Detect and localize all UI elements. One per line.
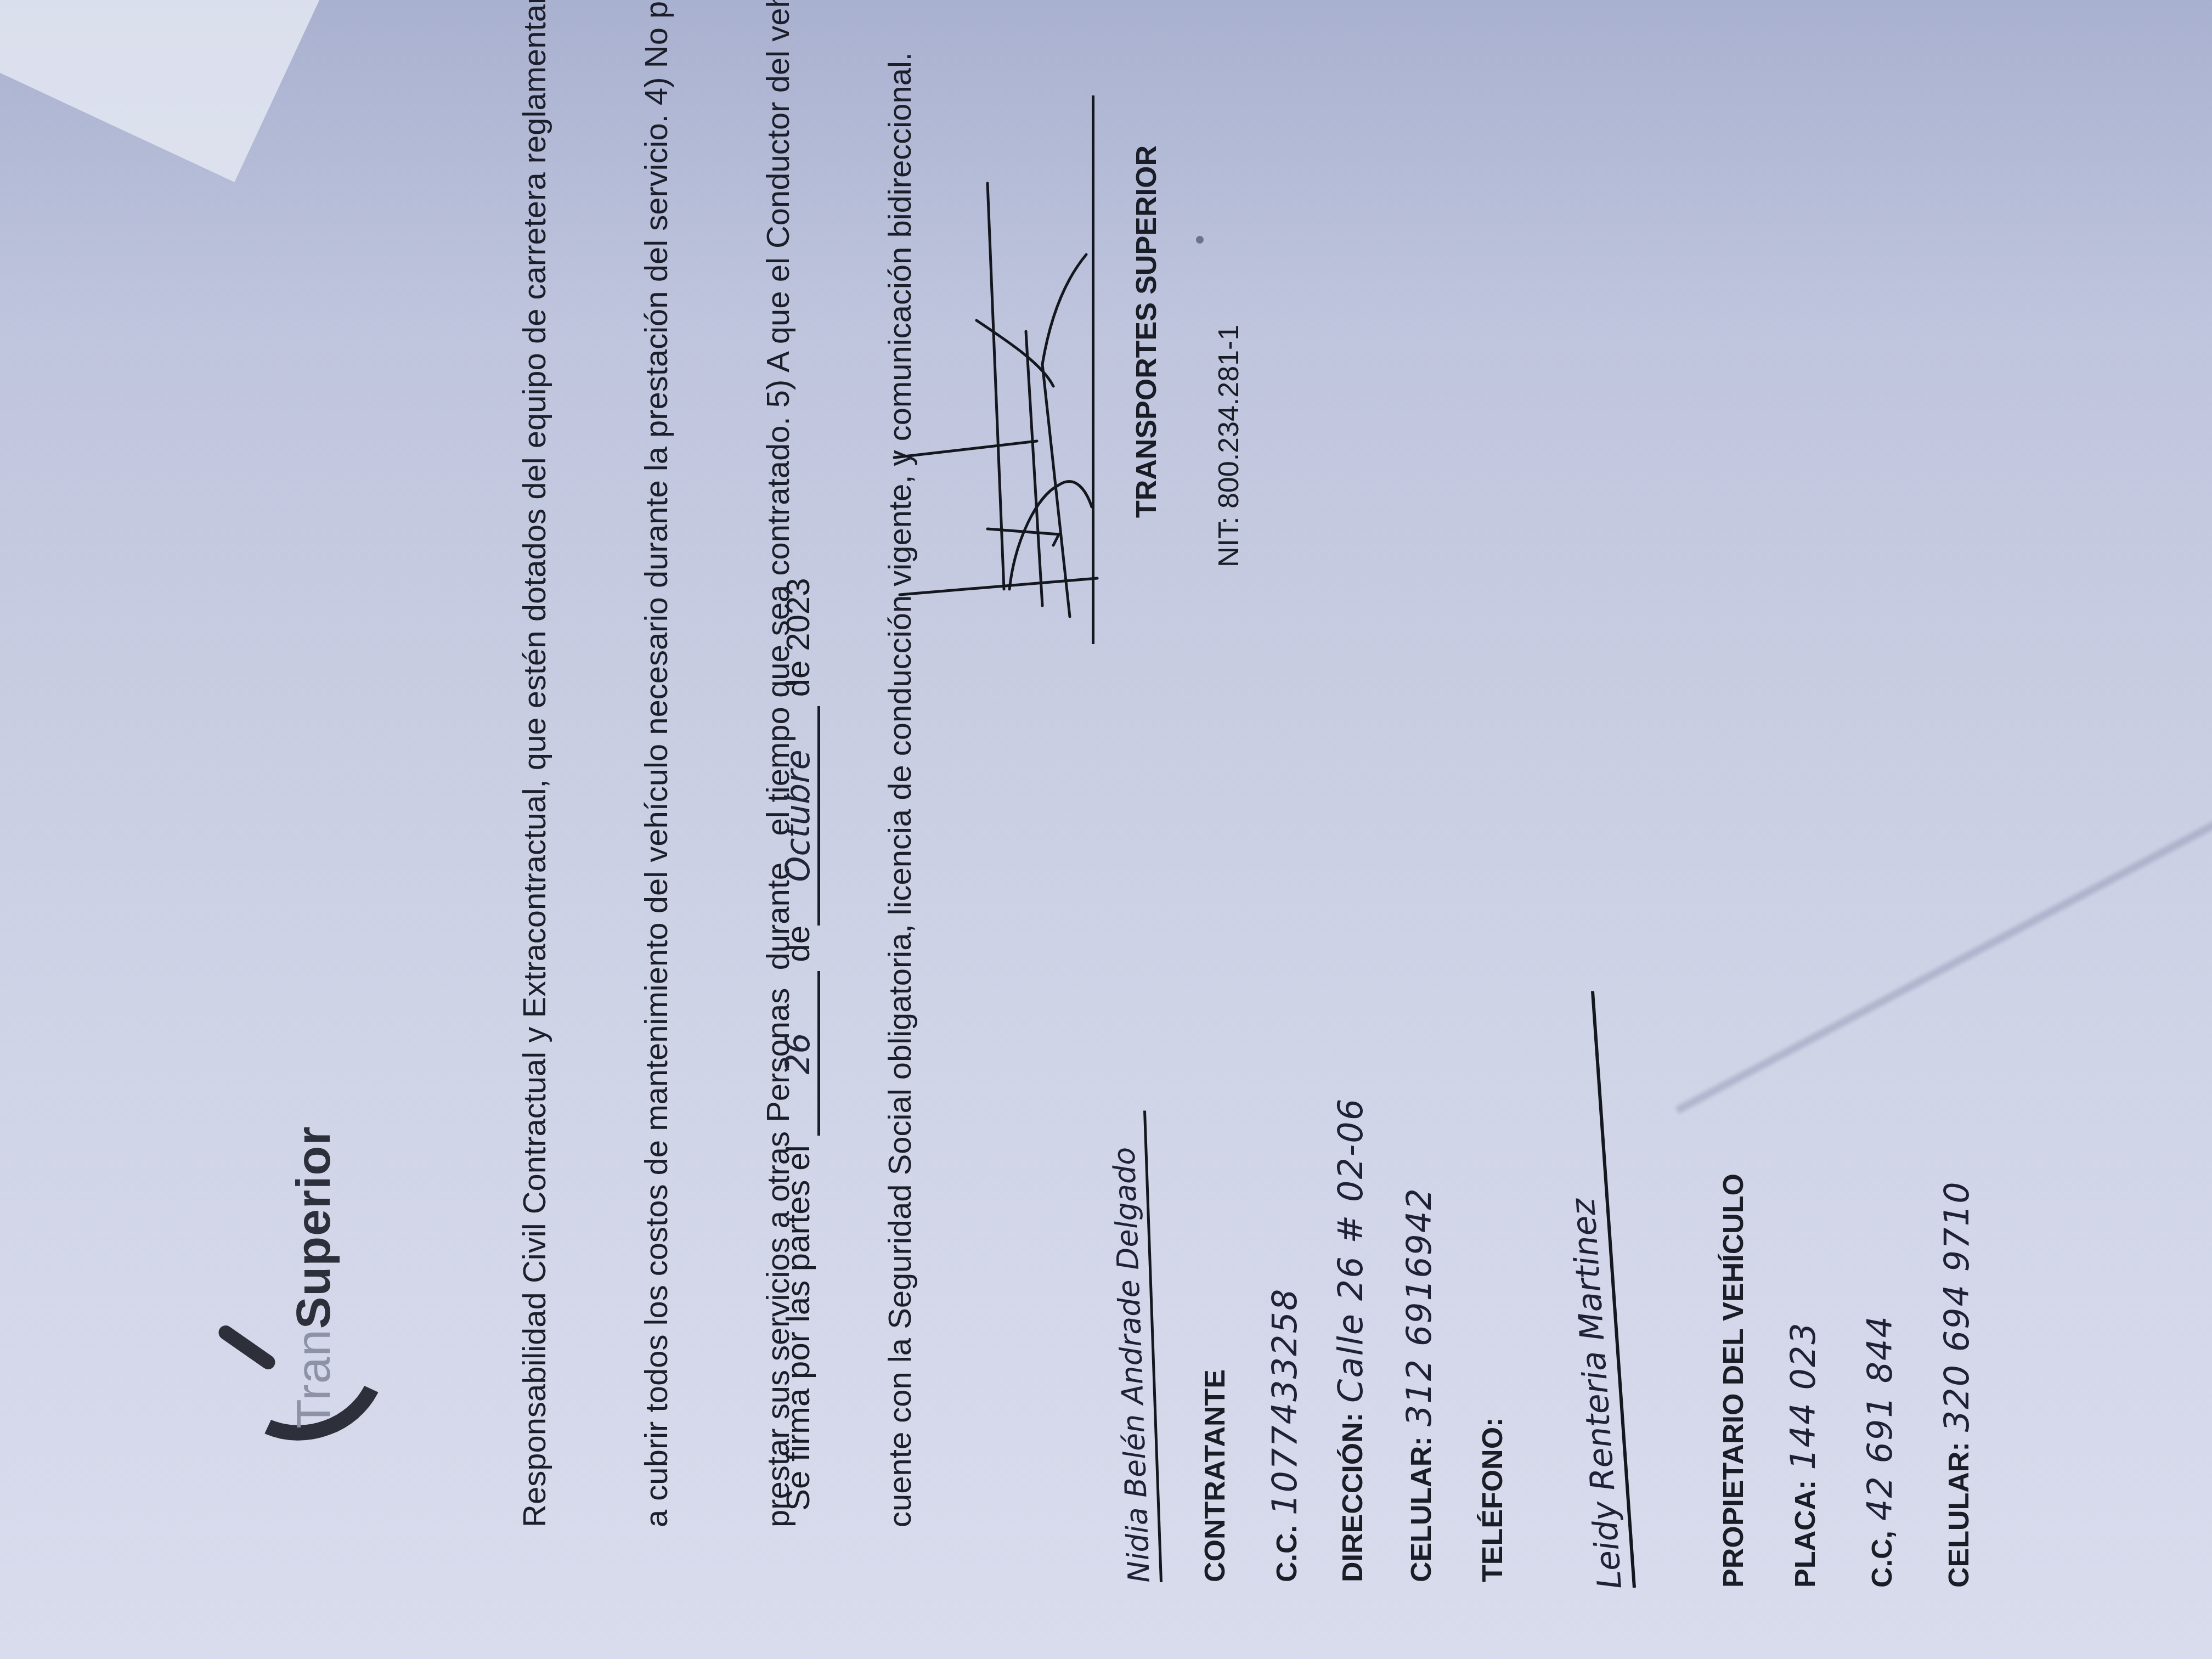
owner-plate-label: PLACA: bbox=[1790, 1480, 1821, 1588]
contratante-role: CONTRATANTE bbox=[1199, 1369, 1232, 1582]
owner-signature-name: Leidy Renteria Martinez bbox=[1549, 991, 1629, 1590]
company-name: TRANSPORTES SUPERIOR bbox=[1130, 145, 1163, 518]
date-prefix: Se firma por las partes el bbox=[780, 1145, 816, 1511]
owner-role-label: PROPIETARIO DEL VEHÍCULO bbox=[1718, 1173, 1750, 1588]
logo-prefix: Tran bbox=[286, 1329, 340, 1429]
company-nit: NIT: 800.234.281-1 bbox=[1212, 325, 1245, 567]
contratante-signature: Nidia Belén Andrade Delgado bbox=[1122, 1110, 1163, 1582]
owner-cc-field: C.C,42 691 844 bbox=[1860, 1315, 1900, 1588]
date-year: de 2023 bbox=[780, 578, 816, 697]
logo-wordmark: TranSuperior bbox=[285, 1126, 341, 1429]
contratante-phone-field: TELÉFONO: bbox=[1470, 1408, 1510, 1582]
contratante-cc-label: C.C. bbox=[1271, 1525, 1303, 1582]
contratante-cell-value: 312 6916942 bbox=[1399, 1187, 1439, 1426]
transuperior-logo: TranSuperior bbox=[198, 1165, 362, 1451]
paper-corner bbox=[0, 0, 327, 182]
owner-plate-field: PLACA:144 023 bbox=[1783, 1322, 1823, 1588]
owner-plate-value: 144 023 bbox=[1783, 1322, 1823, 1470]
contratante-role-label: CONTRATANTE bbox=[1199, 1369, 1231, 1582]
owner-role: PROPIETARIO DEL VEHÍCULO bbox=[1717, 1173, 1750, 1588]
owner-signature: Leidy Renteria Martinez bbox=[1591, 990, 1636, 1588]
contratante-address-label: DIRECCIÓN: bbox=[1337, 1413, 1369, 1582]
owner-cell-field: CELULAR:320 694 9710 bbox=[1937, 1181, 1977, 1588]
clause-line: a cubrir todos los costos de mantenimien… bbox=[636, 46, 677, 1527]
owner-cell-value: 320 694 9710 bbox=[1937, 1181, 1977, 1432]
signing-date-line: Se firma por las partes el 26 deOctubre … bbox=[779, 578, 820, 1511]
contratante-cc-field: C.C.1077433258 bbox=[1265, 1288, 1305, 1582]
contratante-cell-label: CELULAR: bbox=[1406, 1436, 1437, 1582]
contratante-address-field: DIRECCIÓN:Calle 26 # 02-06 bbox=[1330, 1098, 1370, 1582]
contratante-cell-field: CELULAR:312 6916942 bbox=[1399, 1187, 1439, 1582]
clause-line: Responsabilidad Civil Contractual y Extr… bbox=[515, 46, 555, 1527]
company-signature-icon bbox=[878, 178, 1108, 672]
contratante-cc-value: 1077433258 bbox=[1265, 1288, 1305, 1515]
contratante-address-value: Calle 26 # 02-06 bbox=[1330, 1098, 1370, 1403]
owner-cc-value: 42 691 844 bbox=[1860, 1315, 1900, 1521]
date-month-field: Octubre bbox=[779, 706, 820, 926]
paper-fold-crease bbox=[1675, 695, 2212, 1114]
contratante-signature-name: Nidia Belén Andrade Delgado bbox=[1105, 1111, 1156, 1584]
date-day-field: 26 bbox=[779, 971, 820, 1136]
owner-cc-label: C.C, bbox=[1866, 1531, 1898, 1588]
logo-brand: Superior bbox=[286, 1126, 340, 1329]
contract-page: TranSuperior Responsabilidad Civil Contr… bbox=[0, 0, 2212, 1659]
ink-speck bbox=[1196, 236, 1204, 244]
owner-cell-label: CELULAR: bbox=[1943, 1442, 1975, 1588]
date-connector: de bbox=[780, 926, 816, 962]
company-signature-line bbox=[1092, 95, 1094, 644]
contratante-phone-label: TELÉFONO: bbox=[1477, 1418, 1509, 1582]
